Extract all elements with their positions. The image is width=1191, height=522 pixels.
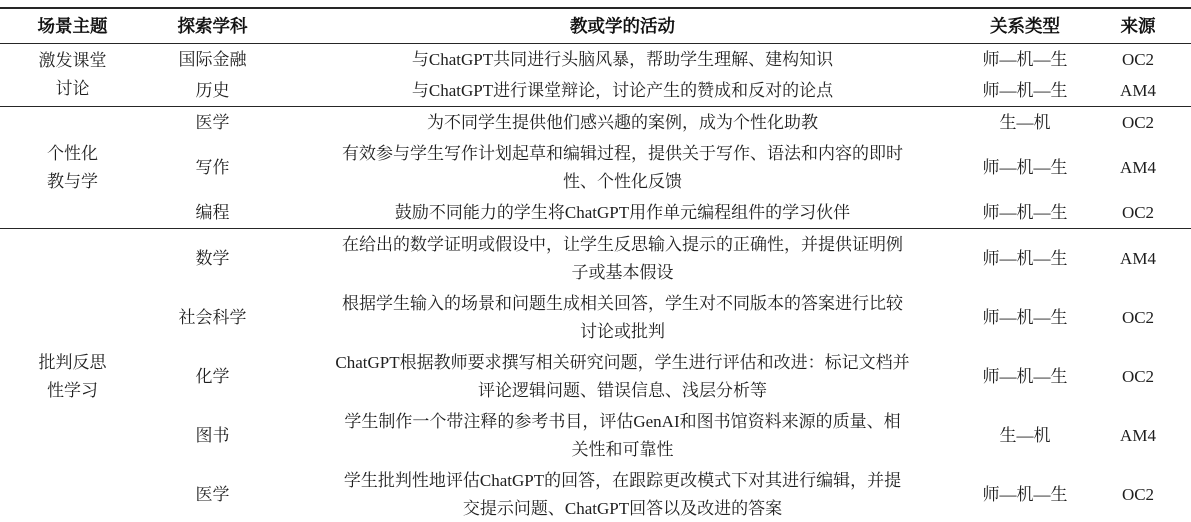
relation-cell: 师—机—生 [965, 138, 1085, 197]
col-header-relation-type: 关系类型 [965, 8, 1085, 44]
table-row: 医学 学生批判性地评估ChatGPT的回答，在跟踪更改模式下对其进行编辑，并提 … [0, 465, 1191, 522]
source-cell: OC2 [1085, 465, 1191, 522]
table-row: 个性化 教与学 医学 为不同学生提供他们感兴趣的案例，成为个性化助教 生—机 O… [0, 107, 1191, 139]
table-header: 场景主题 探索学科 教或学的活动 关系类型 来源 [0, 8, 1191, 44]
table-row: 化学 ChatGPT根据教师要求撰写相关研究问题，学生进行评估和改进：标记文档并… [0, 347, 1191, 406]
header-row: 场景主题 探索学科 教或学的活动 关系类型 来源 [0, 8, 1191, 44]
subject-cell: 编程 [145, 197, 280, 229]
subject-cell: 化学 [145, 347, 280, 406]
activity-cell: 为不同学生提供他们感兴趣的案例，成为个性化助教 [280, 107, 965, 139]
activity-cell: 根据学生输入的场景和问题生成相关回答，学生对不同版本的答案进行比较 讨论或批判 [280, 288, 965, 347]
section-critical-reflective-learning: 批判反思 性学习 数学 在给出的数学证明或假设中，让学生反思输入提示的正确性，并… [0, 229, 1191, 522]
theme-cell: 批判反思 性学习 [0, 229, 145, 522]
source-cell: AM4 [1085, 138, 1191, 197]
subject-cell: 医学 [145, 107, 280, 139]
col-header-source: 来源 [1085, 8, 1191, 44]
table-row: 批判反思 性学习 数学 在给出的数学证明或假设中，让学生反思输入提示的正确性，并… [0, 229, 1191, 289]
table-row: 图书 学生制作一个带注释的参考书目，评估GenAI和图书馆资料来源的质量、相 关… [0, 406, 1191, 465]
subject-cell: 社会科学 [145, 288, 280, 347]
activity-cell: 学生批判性地评估ChatGPT的回答，在跟踪更改模式下对其进行编辑，并提 交提示… [280, 465, 965, 522]
relation-cell: 师—机—生 [965, 197, 1085, 229]
subject-cell: 历史 [145, 75, 280, 107]
activity-cell: ChatGPT根据教师要求撰写相关研究问题，学生进行评估和改进：标记文档并 评论… [280, 347, 965, 406]
table-row: 历史 与ChatGPT进行课堂辩论，讨论产生的赞成和反对的论点 师—机—生 AM… [0, 75, 1191, 107]
section-personalized-teaching: 个性化 教与学 医学 为不同学生提供他们感兴趣的案例，成为个性化助教 生—机 O… [0, 107, 1191, 229]
col-header-activity: 教或学的活动 [280, 8, 965, 44]
activity-cell: 与ChatGPT进行课堂辩论，讨论产生的赞成和反对的论点 [280, 75, 965, 107]
relation-cell: 师—机—生 [965, 75, 1085, 107]
col-header-discipline: 探索学科 [145, 8, 280, 44]
relation-cell: 师—机—生 [965, 347, 1085, 406]
table-row: 社会科学 根据学生输入的场景和问题生成相关回答，学生对不同版本的答案进行比较 讨… [0, 288, 1191, 347]
source-cell: AM4 [1085, 75, 1191, 107]
activity-cell: 有效参与学生写作计划起草和编辑过程，提供关于写作、语法和内容的即时 性、个性化反… [280, 138, 965, 197]
source-cell: OC2 [1085, 197, 1191, 229]
relation-cell: 生—机 [965, 107, 1085, 139]
col-header-scene-theme: 场景主题 [0, 8, 145, 44]
table-row: 激发课堂 讨论 国际金融 与ChatGPT共同进行头脑风暴，帮助学生理解、建构知… [0, 44, 1191, 76]
source-cell: OC2 [1085, 107, 1191, 139]
subject-cell: 图书 [145, 406, 280, 465]
table-row: 编程 鼓励不同能力的学生将ChatGPT用作单元编程组件的学习伙伴 师—机—生 … [0, 197, 1191, 229]
subject-cell: 国际金融 [145, 44, 280, 76]
education-genai-activities-table: 场景主题 探索学科 教或学的活动 关系类型 来源 激发课堂 讨论 国际金融 与C… [0, 7, 1191, 522]
activity-cell: 与ChatGPT共同进行头脑风暴，帮助学生理解、建构知识 [280, 44, 965, 76]
table-row: 写作 有效参与学生写作计划起草和编辑过程，提供关于写作、语法和内容的即时 性、个… [0, 138, 1191, 197]
relation-cell: 师—机—生 [965, 465, 1085, 522]
source-cell: AM4 [1085, 406, 1191, 465]
relation-cell: 生—机 [965, 406, 1085, 465]
subject-cell: 数学 [145, 229, 280, 289]
relation-cell: 师—机—生 [965, 288, 1085, 347]
activity-cell: 学生制作一个带注释的参考书目，评估GenAI和图书馆资料来源的质量、相 关性和可… [280, 406, 965, 465]
source-cell: OC2 [1085, 288, 1191, 347]
activity-cell: 在给出的数学证明或假设中，让学生反思输入提示的正确性，并提供证明例 子或基本假设 [280, 229, 965, 289]
theme-cell: 个性化 教与学 [0, 107, 145, 229]
source-cell: OC2 [1085, 347, 1191, 406]
relation-cell: 师—机—生 [965, 44, 1085, 76]
theme-cell: 激发课堂 讨论 [0, 44, 145, 107]
section-classroom-discussion: 激发课堂 讨论 国际金融 与ChatGPT共同进行头脑风暴，帮助学生理解、建构知… [0, 44, 1191, 107]
activity-cell: 鼓励不同能力的学生将ChatGPT用作单元编程组件的学习伙伴 [280, 197, 965, 229]
source-cell: OC2 [1085, 44, 1191, 76]
source-cell: AM4 [1085, 229, 1191, 289]
subject-cell: 医学 [145, 465, 280, 522]
subject-cell: 写作 [145, 138, 280, 197]
relation-cell: 师—机—生 [965, 229, 1085, 289]
